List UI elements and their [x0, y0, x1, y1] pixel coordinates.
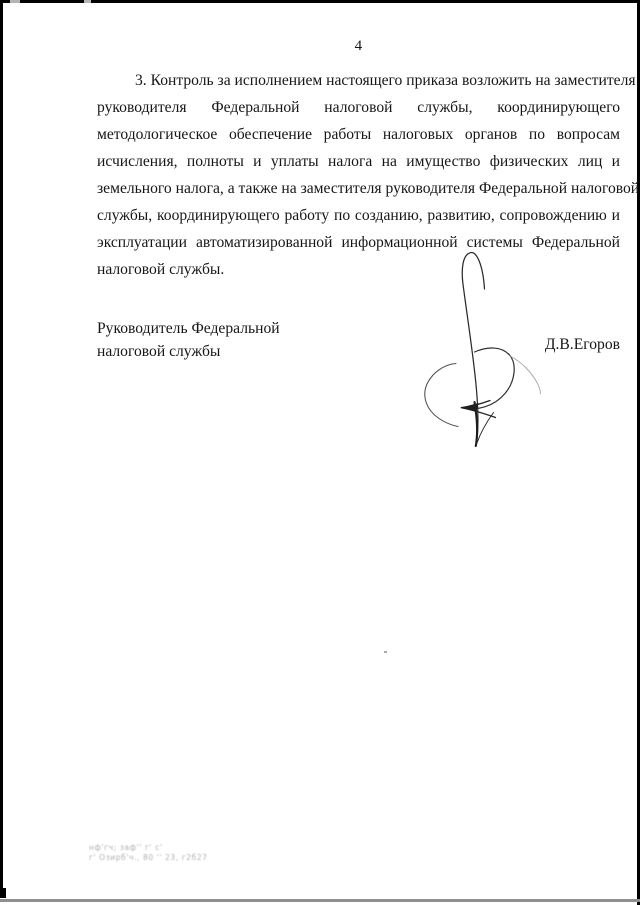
registration-stamp-line2: г' Озирб'ч., 80 '' 23, г2б27	[89, 853, 208, 863]
scan-border-notch	[84, 0, 91, 3]
registration-stamp: нф'гч; заф'' г' с' г' Озирб'ч., 80 '' 23…	[89, 843, 208, 862]
scan-speck	[384, 651, 387, 653]
registration-stamp-line1: нф'гч; заф'' г' с'	[89, 843, 208, 853]
scan-border-left	[0, 0, 3, 896]
scanned-document-page: 4 3. Контроль за исполнением настоящего …	[0, 0, 640, 905]
paragraph-line: руководителя Федеральной налоговой служб…	[97, 94, 620, 121]
paragraph-line: земельного налога, а также на заместител…	[97, 175, 620, 202]
signer-title-line1: Руководитель Федеральной	[97, 318, 280, 341]
signer-title: Руководитель Федеральной налоговой служб…	[97, 318, 280, 363]
scan-border-top	[0, 0, 640, 3]
paragraph-line: исчисления, полноты и уплаты налога на и…	[97, 148, 620, 175]
signer-title-line2: налоговой службы	[97, 341, 280, 364]
scan-border-bottom	[0, 899, 640, 902]
paragraph-line: методологическое обеспечение работы нало…	[97, 121, 620, 148]
scan-border-left-nub	[0, 888, 6, 898]
page-number: 4	[97, 38, 620, 55]
paragraph-line: службы, координирующего работу по создан…	[97, 202, 620, 229]
paragraph-line: 3. Контроль за исполнением настоящего пр…	[97, 67, 620, 94]
signature-ink	[420, 245, 560, 450]
scan-border-notch	[10, 0, 20, 3]
